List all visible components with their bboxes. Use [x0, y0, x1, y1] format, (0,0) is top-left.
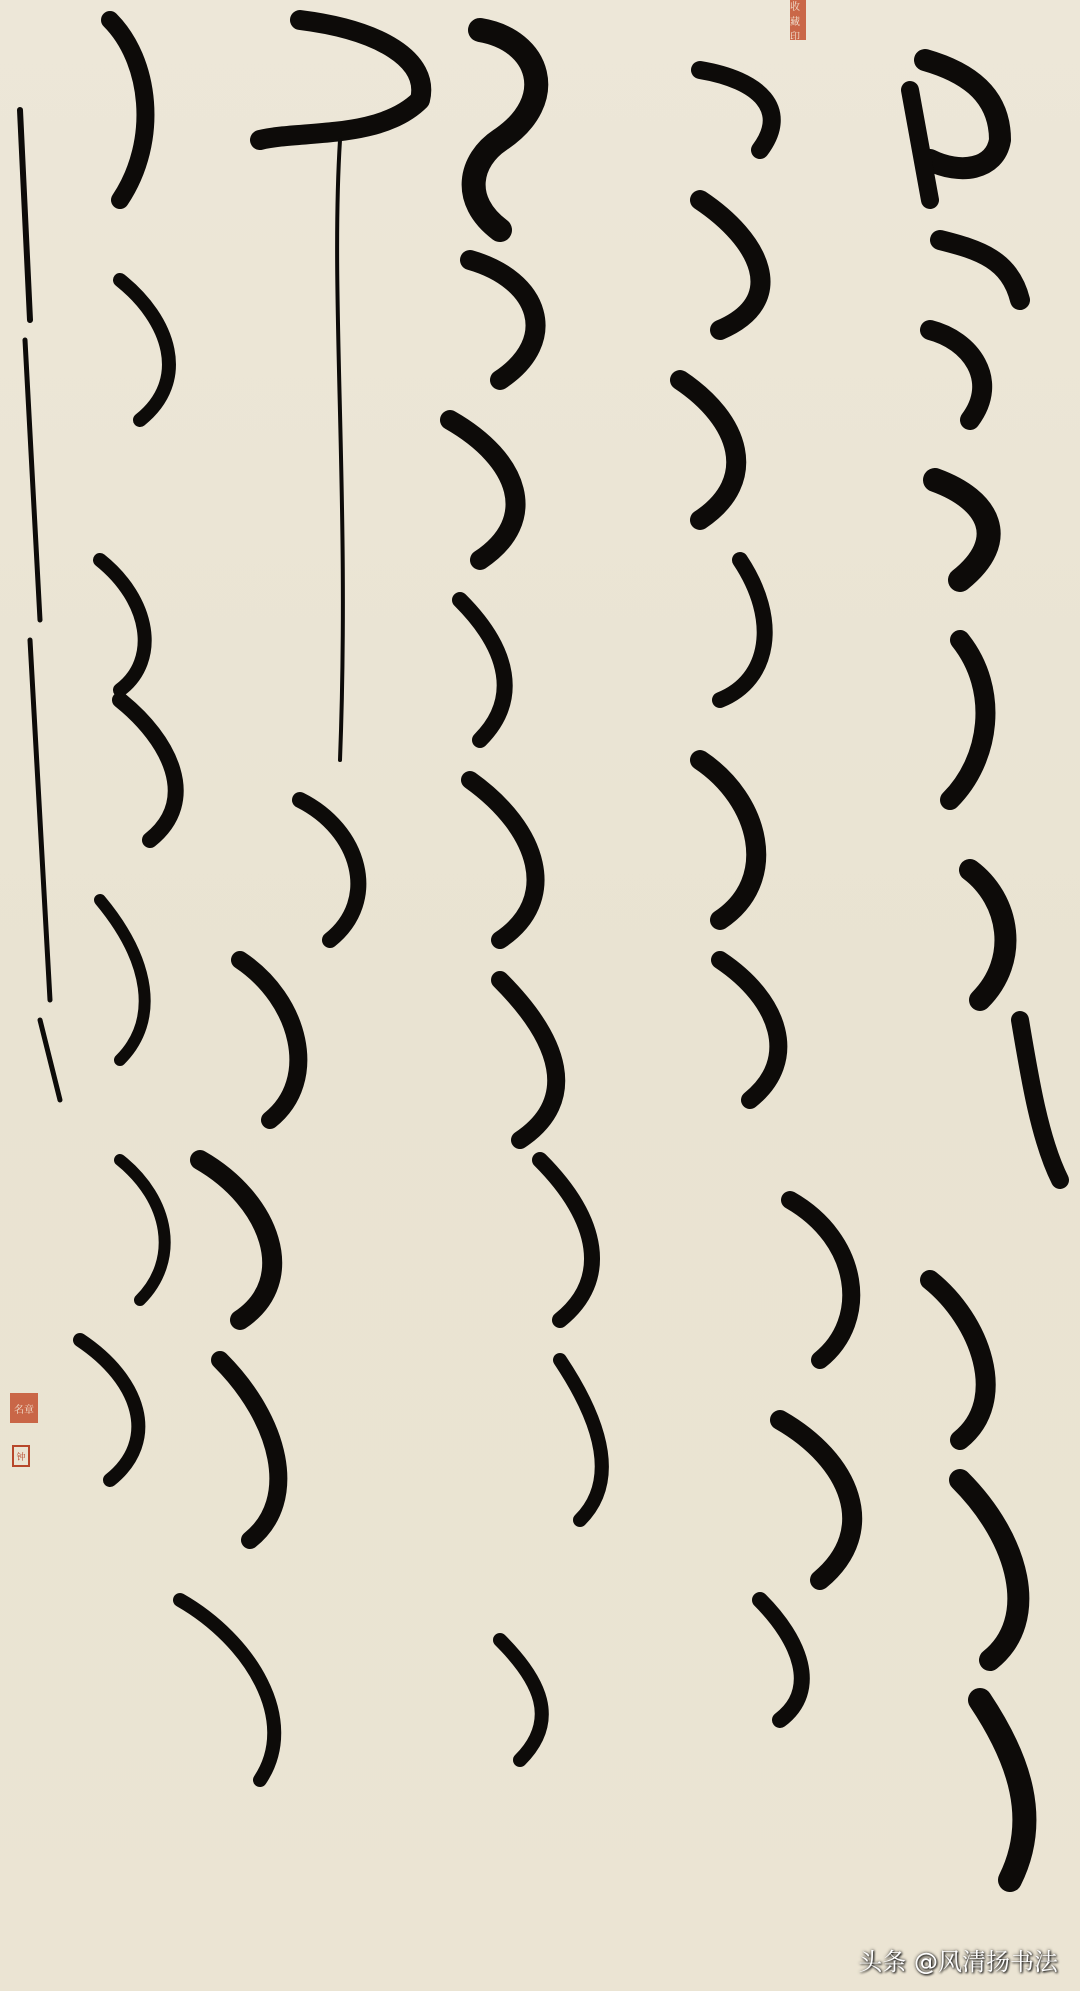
- name-seal-bottom-left: 名章: [10, 1393, 38, 1423]
- watermark-label: 头条 @风清扬书法: [858, 1942, 1058, 1977]
- calligraphy-strokes: [0, 0, 1080, 1991]
- collector-seal-top: 收藏印: [790, 0, 806, 40]
- small-seal-bottom-left: 钟: [12, 1445, 30, 1467]
